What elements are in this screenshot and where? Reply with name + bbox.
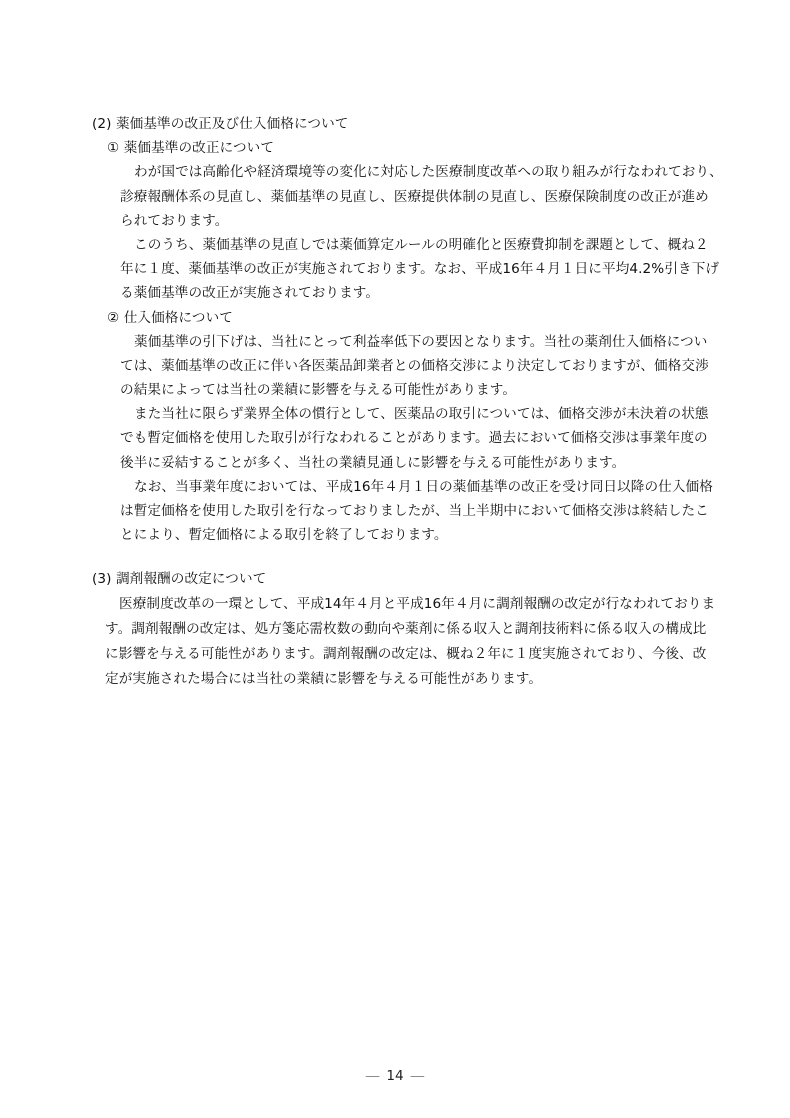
text-line: 医療制度改革の一環として、平成14年４月と平成16年４月に調剤報酬の改定が行なわ… <box>119 592 723 617</box>
text-line: る薬価基準の改正が実施されております。 <box>120 281 723 305</box>
text-line: わが国では高齢化や経済環境等の変化に対応した医療制度改革への取り組みが行なわれて… <box>134 160 723 184</box>
text-line: このうち、薬価基準の見直しでは薬価算定ルールの明確化と医療費抑制を課題として、概… <box>134 233 723 257</box>
subsection-2-2-heading: ② 仕入価格について <box>107 306 723 330</box>
footer-dash-left: ― <box>366 1068 380 1084</box>
section-3-heading: (3) 調剤報酬の改定について <box>92 567 723 592</box>
document-page: (2) 薬価基準の改正及び仕入価格について ① 薬価基準の改正について わが国で… <box>0 0 790 1118</box>
section-3: (3) 調剤報酬の改定について 医療制度改革の一環として、平成14年４月と平成1… <box>92 567 723 692</box>
footer-dash-right: ― <box>411 1068 425 1084</box>
text-line: でも暫定価格を使用した取引が行なわれることがあります。過去において価格交渉は事業… <box>120 426 723 450</box>
text-line: は暫定価格を使用した取引を行なっておりましたが、当上半期中において価格交渉は終結… <box>120 499 723 523</box>
page-number: 14 <box>386 1068 403 1084</box>
page-footer: ―14― <box>0 1066 790 1086</box>
text-line: なお、当事業年度においては、平成16年４月１日の薬価基準の改正を受け同日以降の仕… <box>134 475 723 499</box>
text-line: に影響を与える可能性があります。調剤報酬の改定は、概ね２年に１度実施されており、… <box>105 642 723 667</box>
text-line: 薬価基準の引下げは、当社にとって利益率低下の要因となります。当社の薬剤仕入価格に… <box>134 330 723 354</box>
subsection-2-1-heading: ① 薬価基準の改正について <box>107 136 723 160</box>
text-line: られております。 <box>120 209 723 233</box>
document-body: (2) 薬価基準の改正及び仕入価格について ① 薬価基準の改正について わが国で… <box>92 112 723 692</box>
text-line: 後半に妥結することが多く、当社の業績見通しに影響を与える可能性があります。 <box>120 451 723 475</box>
text-line: 年に１度、薬価基準の改正が実施されております。なお、平成16年４月１日に平均4.… <box>120 257 723 281</box>
text-line: ては、薬価基準の改正に伴い各医薬品卸業者との価格交渉により決定しておりますが、価… <box>120 354 723 378</box>
text-line: とにより、暫定価格による取引を終了しております。 <box>120 523 723 547</box>
text-line: す。調剤報酬の改定は、処方箋応需枚数の動向や薬剤に係る収入と調剤技術料に係る収入… <box>105 617 723 642</box>
section-2: (2) 薬価基準の改正及び仕入価格について ① 薬価基準の改正について わが国で… <box>92 112 723 547</box>
section-2-heading: (2) 薬価基準の改正及び仕入価格について <box>92 112 723 136</box>
text-line: また当社に限らず業界全体の慣行として、医薬品の取引については、価格交渉が未決着の… <box>134 402 723 426</box>
text-line: の結果によっては当社の業績に影響を与える可能性があります。 <box>120 378 723 402</box>
text-line: 診療報酬体系の見直し、薬価基準の見直し、医療提供体制の見直し、医療保険制度の改正… <box>120 185 723 209</box>
text-line: 定が実施された場合には当社の業績に影響を与える可能性があります。 <box>105 667 723 692</box>
